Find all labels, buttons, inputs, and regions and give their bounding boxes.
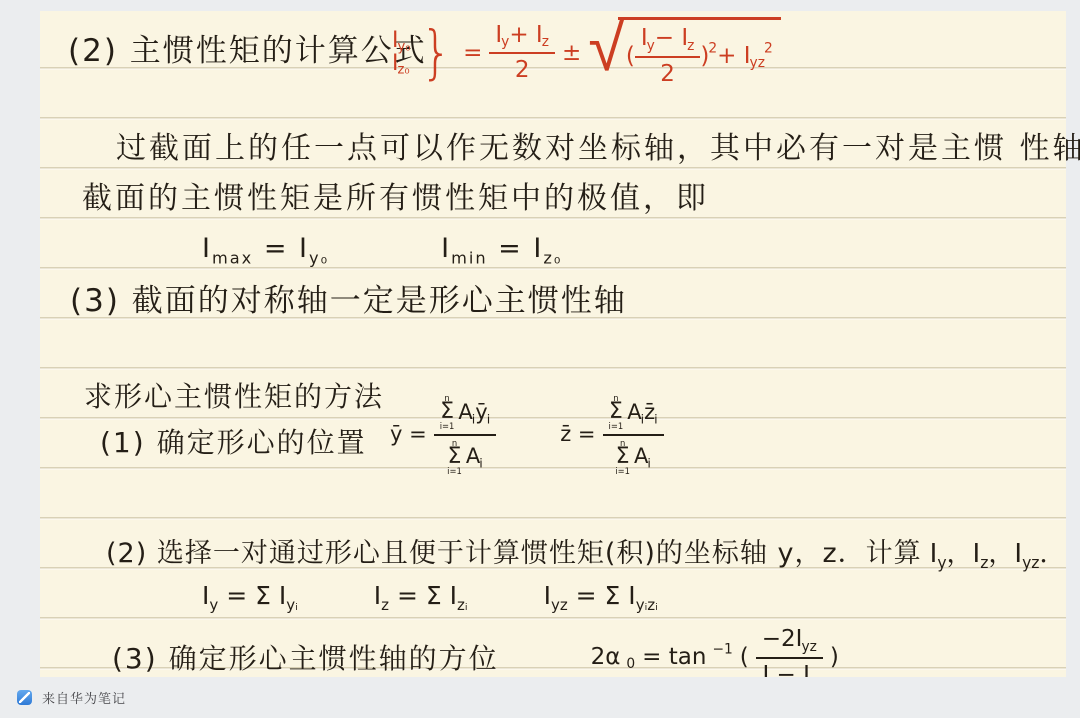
method-title: 求形心主惯性矩的方法 xyxy=(84,375,384,415)
step2-line: (2) 选择一对通过形心且便于计算惯性矩(积)的坐标轴 y，z．计算 Iy，Iz… xyxy=(106,531,1066,572)
heading-principal-moment-formula: (2) 主惯性矩的计算公式 xyxy=(68,25,427,70)
inertia-list-formula: Iy，Iz，Iyz． xyxy=(930,533,1066,572)
footer-source-label: 来自华为笔记 xyxy=(42,688,126,707)
inertia-sum-formulas-row: Iy = Σ Iyᵢ Iz = Σ Izᵢ Iyz = Σ Iyᵢzᵢ xyxy=(202,581,658,614)
centroid-formulas-row: ȳ = nΣi=1AiȳinΣi=1Ai z̄ = nΣi=1Aiz̄inΣi=… xyxy=(390,393,664,475)
huawei-notes-icon xyxy=(17,690,32,705)
iz-sum-formula: Iz = Σ Izᵢ xyxy=(374,581,468,614)
step2-label: (2) 选择一对通过形心且便于计算惯性矩(积)的坐标轴 y，z．计算 xyxy=(106,531,922,570)
principal-moment-formula: Iy₀Iz₀}=Iy + Iz2±√(Iy − Iz2)2 + Iyz2 xyxy=(392,17,781,88)
heading-symmetry-axis: (3) 截面的对称轴一定是形心主惯性轴 xyxy=(70,275,627,320)
step1-label: (1) 确定形心的位置 xyxy=(100,421,367,461)
zbar-formula: z̄ = nΣi=1Aiz̄inΣi=1Ai xyxy=(560,393,663,475)
footer-attribution-bar: 来自华为笔记 xyxy=(0,677,1080,718)
imax-formula: Imax = Iy₀ xyxy=(202,233,329,267)
imin-formula: Imin = Iz₀ xyxy=(441,233,562,267)
paragraph-extreme-values: 截面的主惯性矩是所有惯性矩中的极值，即 xyxy=(82,173,709,217)
iy-sum-formula: Iy = Σ Iyᵢ xyxy=(202,581,298,614)
note-paper: (2) 主惯性矩的计算公式 Iy₀Iz₀}=Iy + Iz2±√(Iy − Iz… xyxy=(40,11,1066,677)
iyz-sum-formula: Iyz = Σ Iyᵢzᵢ xyxy=(544,581,658,614)
ybar-formula: ȳ = nΣi=1AiȳinΣi=1Ai xyxy=(390,393,496,475)
step3-label: (3) 确定形心主惯性轴的方位 xyxy=(112,637,499,677)
paragraph-axes-through-point: 过截面上的任一点可以作无数对坐标轴，其中必有一对是主惯 性轴． xyxy=(116,123,1080,167)
extrema-formulas-row: Imax = Iy₀ Imin = Iz₀ xyxy=(202,233,562,267)
